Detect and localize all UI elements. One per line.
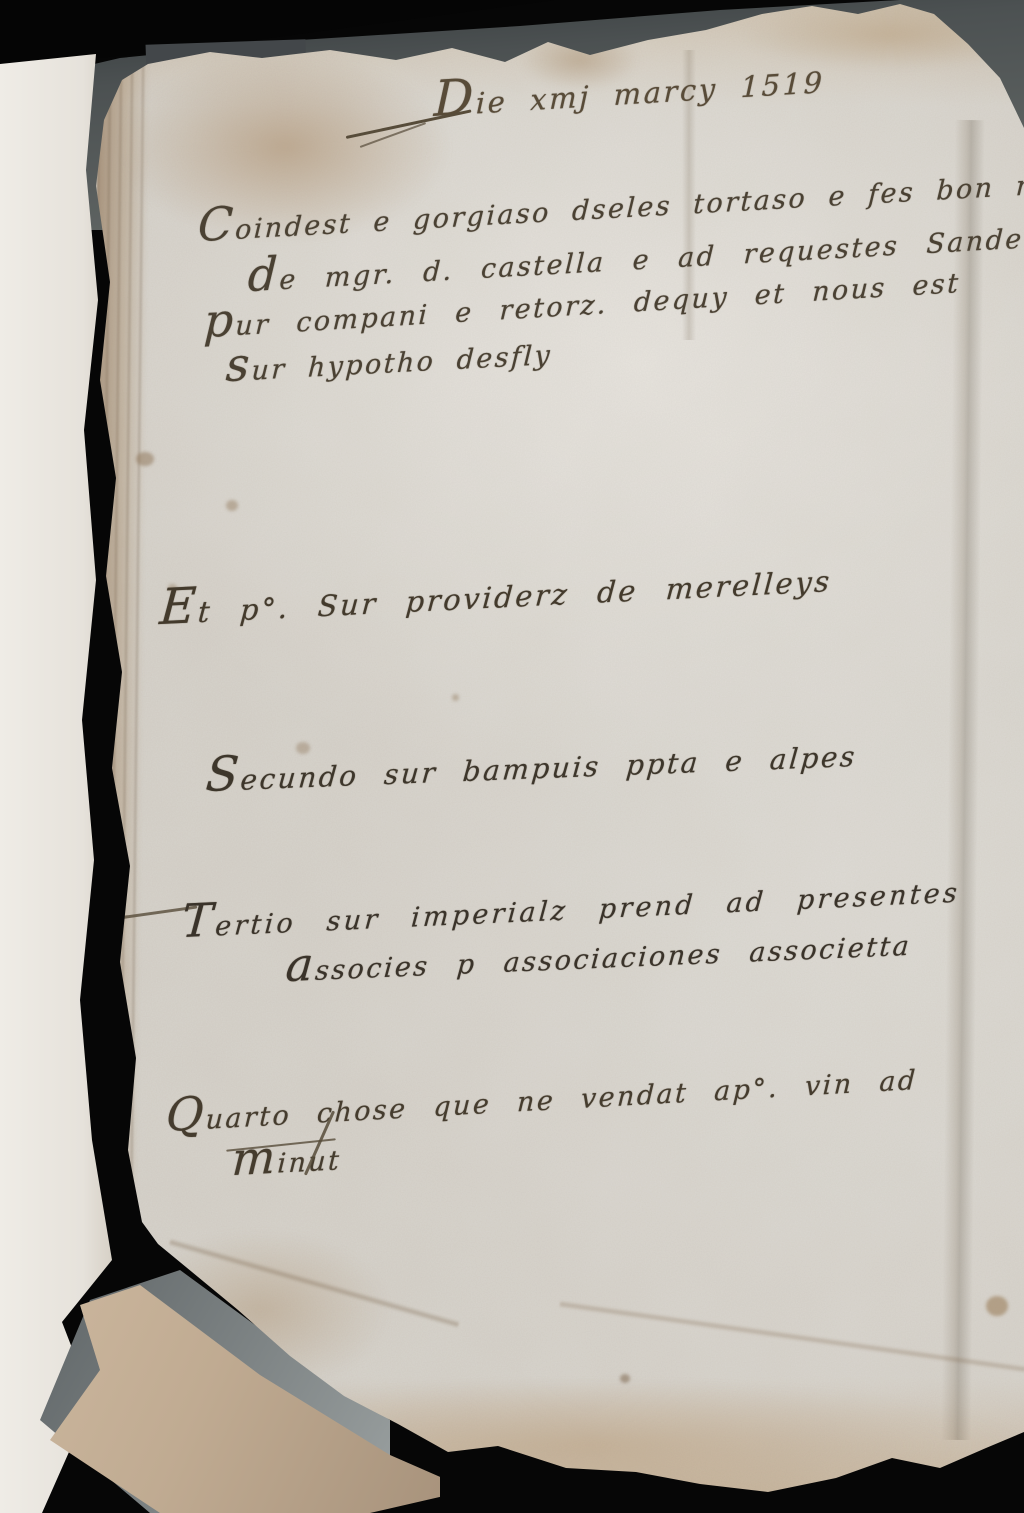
item-quarto-line: minut: [231, 1126, 344, 1186]
ink-spot: [620, 1374, 630, 1383]
manuscript-photo: Die xmj marcy 1519 Coindest e gorgiaso d…: [0, 0, 1024, 1513]
ink-spot: [452, 694, 459, 701]
ink-spot: [986, 1296, 1008, 1316]
ink-spot: [136, 452, 154, 466]
ink-spot: [226, 500, 238, 511]
